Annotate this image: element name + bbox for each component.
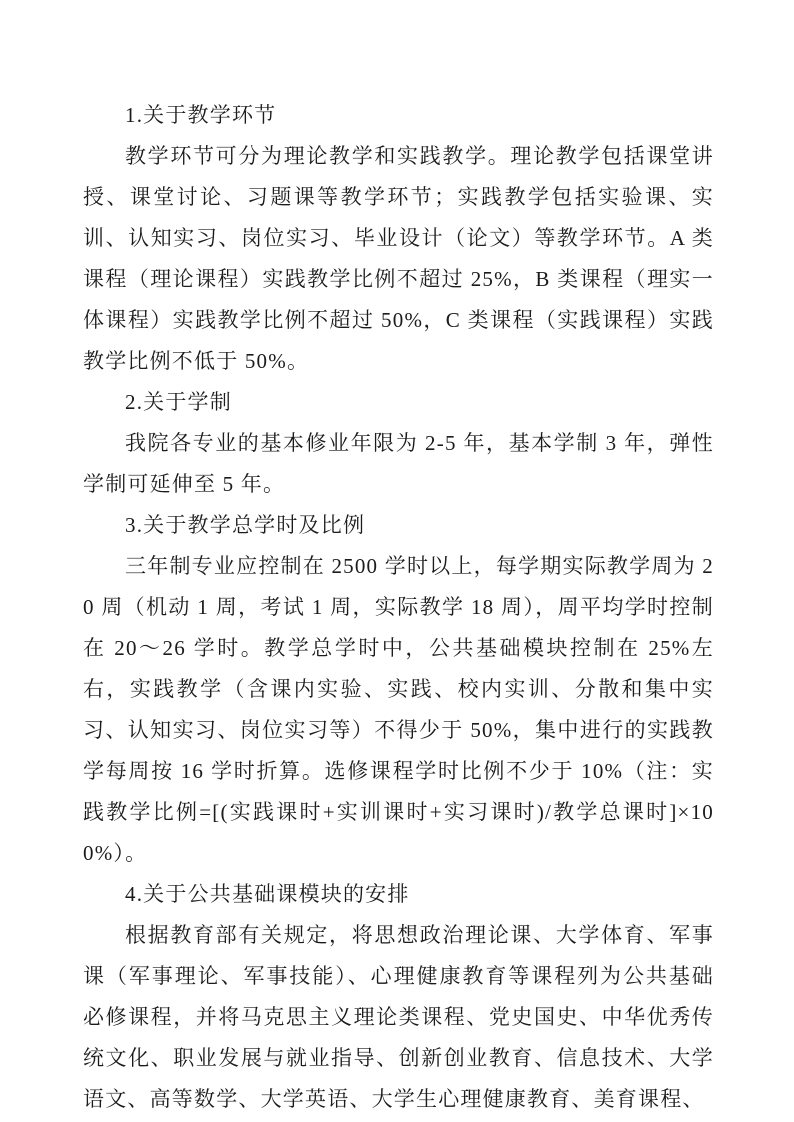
section-1-paragraph: 教学环节可分为理论教学和实践教学。理论教学包括课堂讲授、课堂讨论、习题课等教学环… bbox=[83, 136, 714, 382]
section-3-heading: 3.关于教学总学时及比例 bbox=[83, 505, 714, 546]
section-3-paragraph: 三年制专业应控制在 2500 学时以上，每学期实际教学周为 20 周（机动 1 … bbox=[83, 546, 714, 874]
section-4-heading: 4.关于公共基础课模块的安排 bbox=[83, 874, 714, 915]
section-1-heading: 1.关于教学环节 bbox=[83, 95, 714, 136]
document-page: 1.关于教学环节 教学环节可分为理论教学和实践教学。理论教学包括课堂讲授、课堂讨… bbox=[0, 0, 794, 1122]
section-2-paragraph: 我院各专业的基本修业年限为 2-5 年，基本学制 3 年，弹性学制可延伸至 5 … bbox=[83, 423, 714, 505]
section-2-heading: 2.关于学制 bbox=[83, 382, 714, 423]
section-4-paragraph: 根据教育部有关规定，将思想政治理论课、大学体育、军事课（军事理论、军事技能）、心… bbox=[83, 915, 714, 1120]
